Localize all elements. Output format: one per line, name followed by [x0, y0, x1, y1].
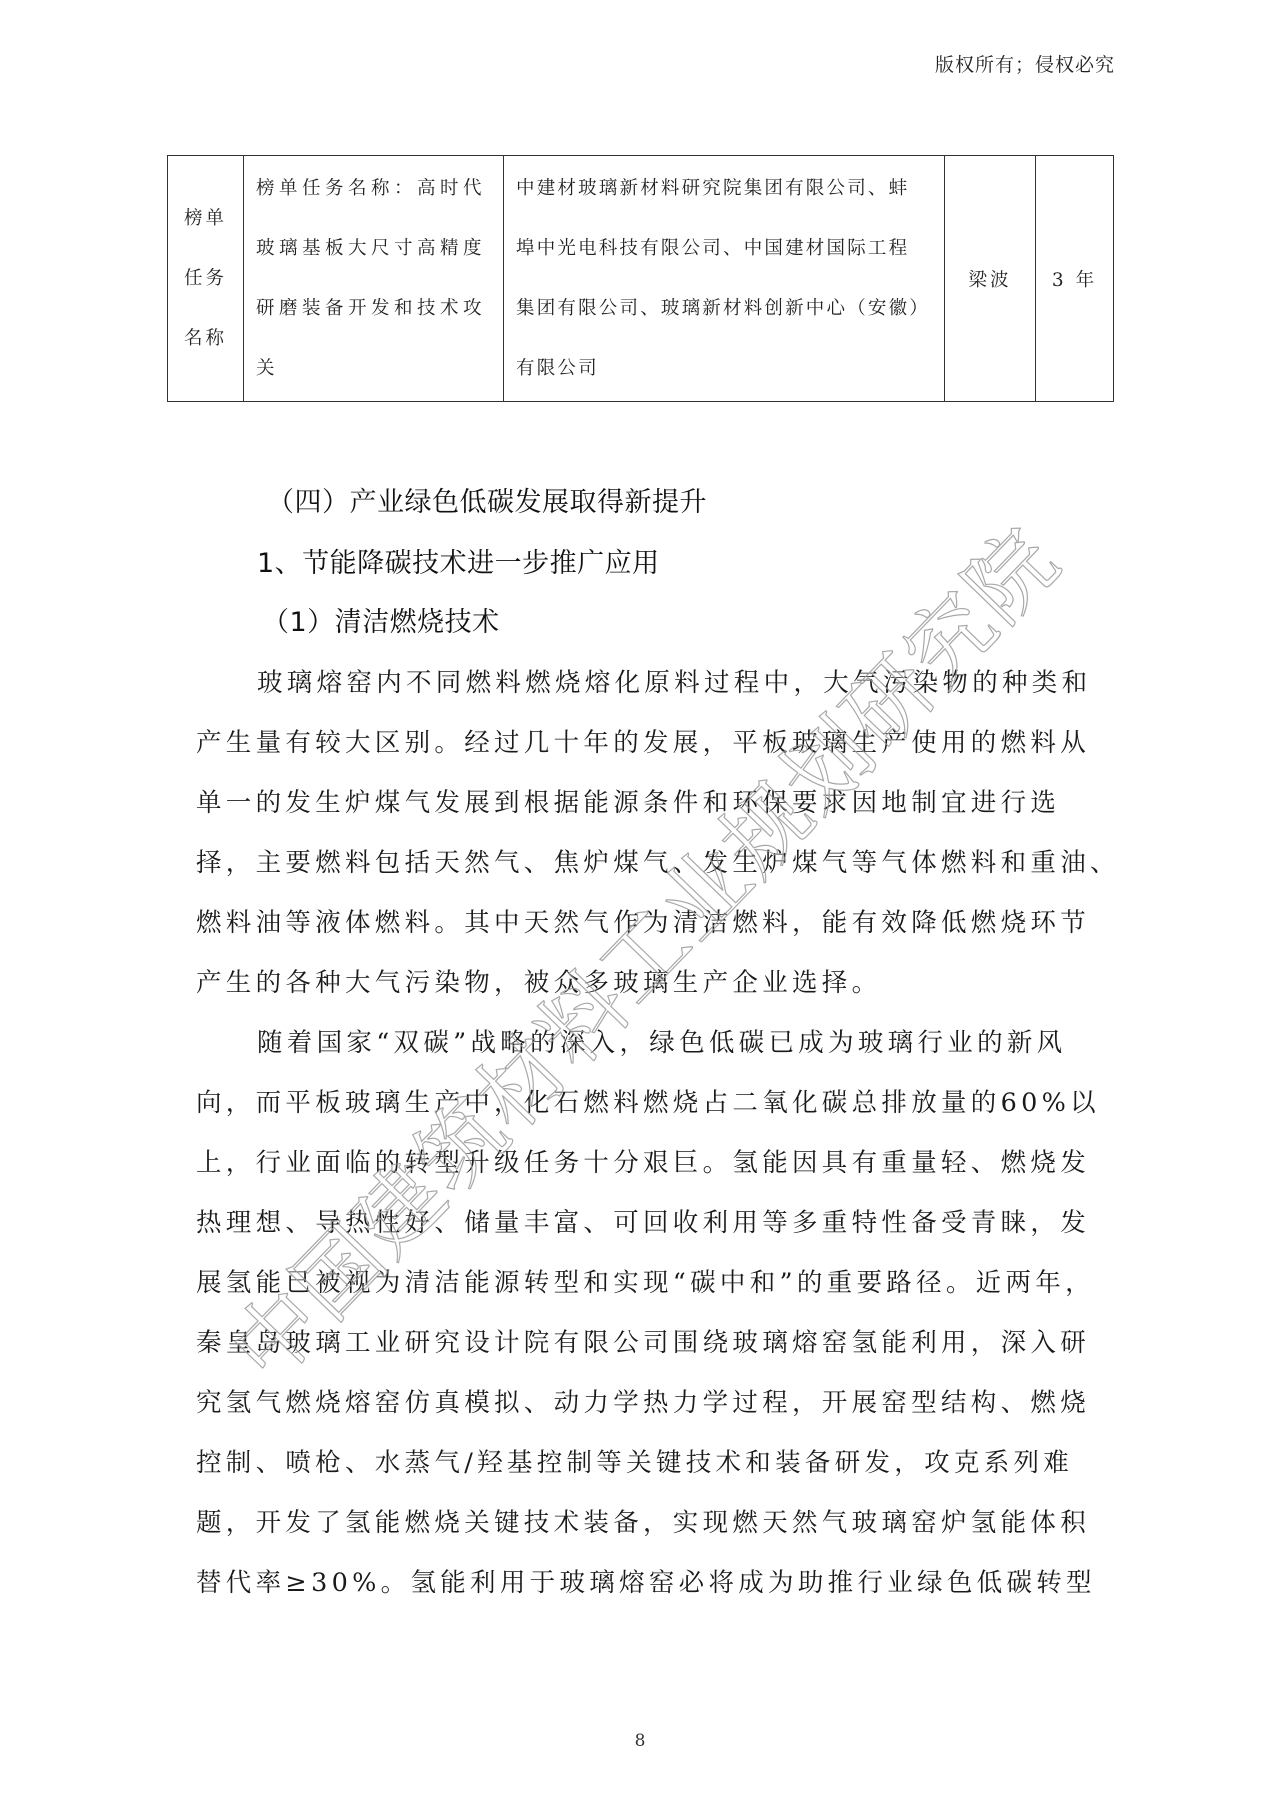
paragraph-line: 向，而平板玻璃生产中，化石燃料燃烧占二氧化碳总排放量的60%以: [196, 1073, 1116, 1133]
paragraph-hydrogen-energy: 随着国家“双碳”战略的深入，绿色低碳已成为玻璃行业的新风 向，而平板玻璃生产中，…: [196, 1013, 1116, 1613]
row-label-line: 名称: [168, 309, 243, 369]
paragraph-line: 秦皇岛玻璃工业研究设计院有限公司围绕玻璃熔窑氢能利用，深入研: [196, 1313, 1116, 1373]
task-name-line: 玻璃基板大尺寸高精度: [256, 219, 503, 279]
task-name-cell: 榜单任务名称：高时代 玻璃基板大尺寸高精度 研磨装备开发和技术攻 关: [244, 156, 504, 402]
paragraph-clean-combustion: 玻璃熔窑内不同燃料燃烧熔化原料过程中，大气污染物的种类和 产生量有较大区别。经过…: [196, 653, 1116, 1013]
copyright-note: 版权所有；侵权必究: [935, 50, 1115, 77]
organizations-line: 中建材玻璃新材料研究院集团有限公司、蚌: [516, 159, 944, 219]
page-number: 8: [0, 1731, 1280, 1751]
paragraph-line: 产生的各种大气污染物，被众多玻璃生产企业选择。: [196, 953, 1116, 1013]
paragraph-line: 题，开发了氢能燃烧关键技术装备，实现燃天然气玻璃窑炉氢能体积: [196, 1493, 1116, 1553]
paragraph-line: 随着国家“双碳”战略的深入，绿色低碳已成为玻璃行业的新风: [196, 1013, 1116, 1073]
task-name-line: 榜单任务名称：高时代: [256, 159, 503, 219]
row-label-cell: 榜单 任务 名称: [168, 156, 244, 402]
organizations-cell: 中建材玻璃新材料研究院集团有限公司、蚌 埠中光电科技有限公司、中国建材国际工程 …: [504, 156, 945, 402]
subsection-heading: 1、节能降碳技术进一步推广应用: [257, 541, 660, 580]
table-row: 榜单 任务 名称 榜单任务名称：高时代 玻璃基板大尺寸高精度 研磨装备开发和技术…: [168, 156, 1114, 402]
organizations-line: 埠中光电科技有限公司、中国建材国际工程: [516, 219, 944, 279]
paragraph-line: 替代率≥30%。氢能利用于玻璃熔窑必将成为助推行业绿色低碳转型: [196, 1553, 1116, 1613]
paragraph-line: 控制、喷枪、水蒸气/羟基控制等关键技术和装备研发，攻克系列难: [196, 1433, 1116, 1493]
paragraph-line: 展氢能已被视为清洁能源转型和实现“碳中和”的重要路径。近两年，: [196, 1253, 1116, 1313]
paragraph-line: 究氢气燃烧熔窑仿真模拟、动力学热力学过程，开展窑型结构、燃烧: [196, 1373, 1116, 1433]
task-name-line: 研磨装备开发和技术攻: [256, 279, 503, 339]
paragraph-line: 玻璃熔窑内不同燃料燃烧熔化原料过程中，大气污染物的种类和: [196, 653, 1116, 713]
paragraph-line: 燃料油等液体燃料。其中天然气作为清洁燃料，能有效降低燃烧环节: [196, 893, 1116, 953]
paragraph-line: 热理想、导热性好、储量丰富、可回收利用等多重特性备受青睐，发: [196, 1193, 1116, 1253]
paragraph-line: 单一的发生炉煤气发展到根据能源条件和环保要求因地制宜进行选: [196, 773, 1116, 833]
task-name-line: 关: [256, 339, 503, 399]
row-label-line: 榜单: [168, 189, 243, 249]
section-heading: （四）产业绿色低碳发展取得新提升: [267, 480, 707, 519]
paragraph-line: 上，行业面临的转型升级任务十分艰巨。氢能因具有重量轻、燃烧发: [196, 1133, 1116, 1193]
organizations-line: 有限公司: [516, 339, 944, 399]
subsubsection-heading: （1）清洁燃烧技术: [262, 600, 500, 639]
organizations-line: 集团有限公司、玻璃新材料创新中心（安徽）: [516, 279, 944, 339]
task-table: 榜单 任务 名称 榜单任务名称：高时代 玻璃基板大尺寸高精度 研磨装备开发和技术…: [167, 155, 1114, 402]
row-label-line: 任务: [168, 249, 243, 309]
duration-cell: 3 年: [1036, 156, 1114, 402]
paragraph-line: 产生量有较大区别。经过几十年的发展，平板玻璃生产使用的燃料从: [196, 713, 1116, 773]
leader-cell: 梁波: [945, 156, 1036, 402]
paragraph-line: 择，主要燃料包括天然气、焦炉煤气、发生炉煤气等气体燃料和重油、: [196, 833, 1116, 893]
